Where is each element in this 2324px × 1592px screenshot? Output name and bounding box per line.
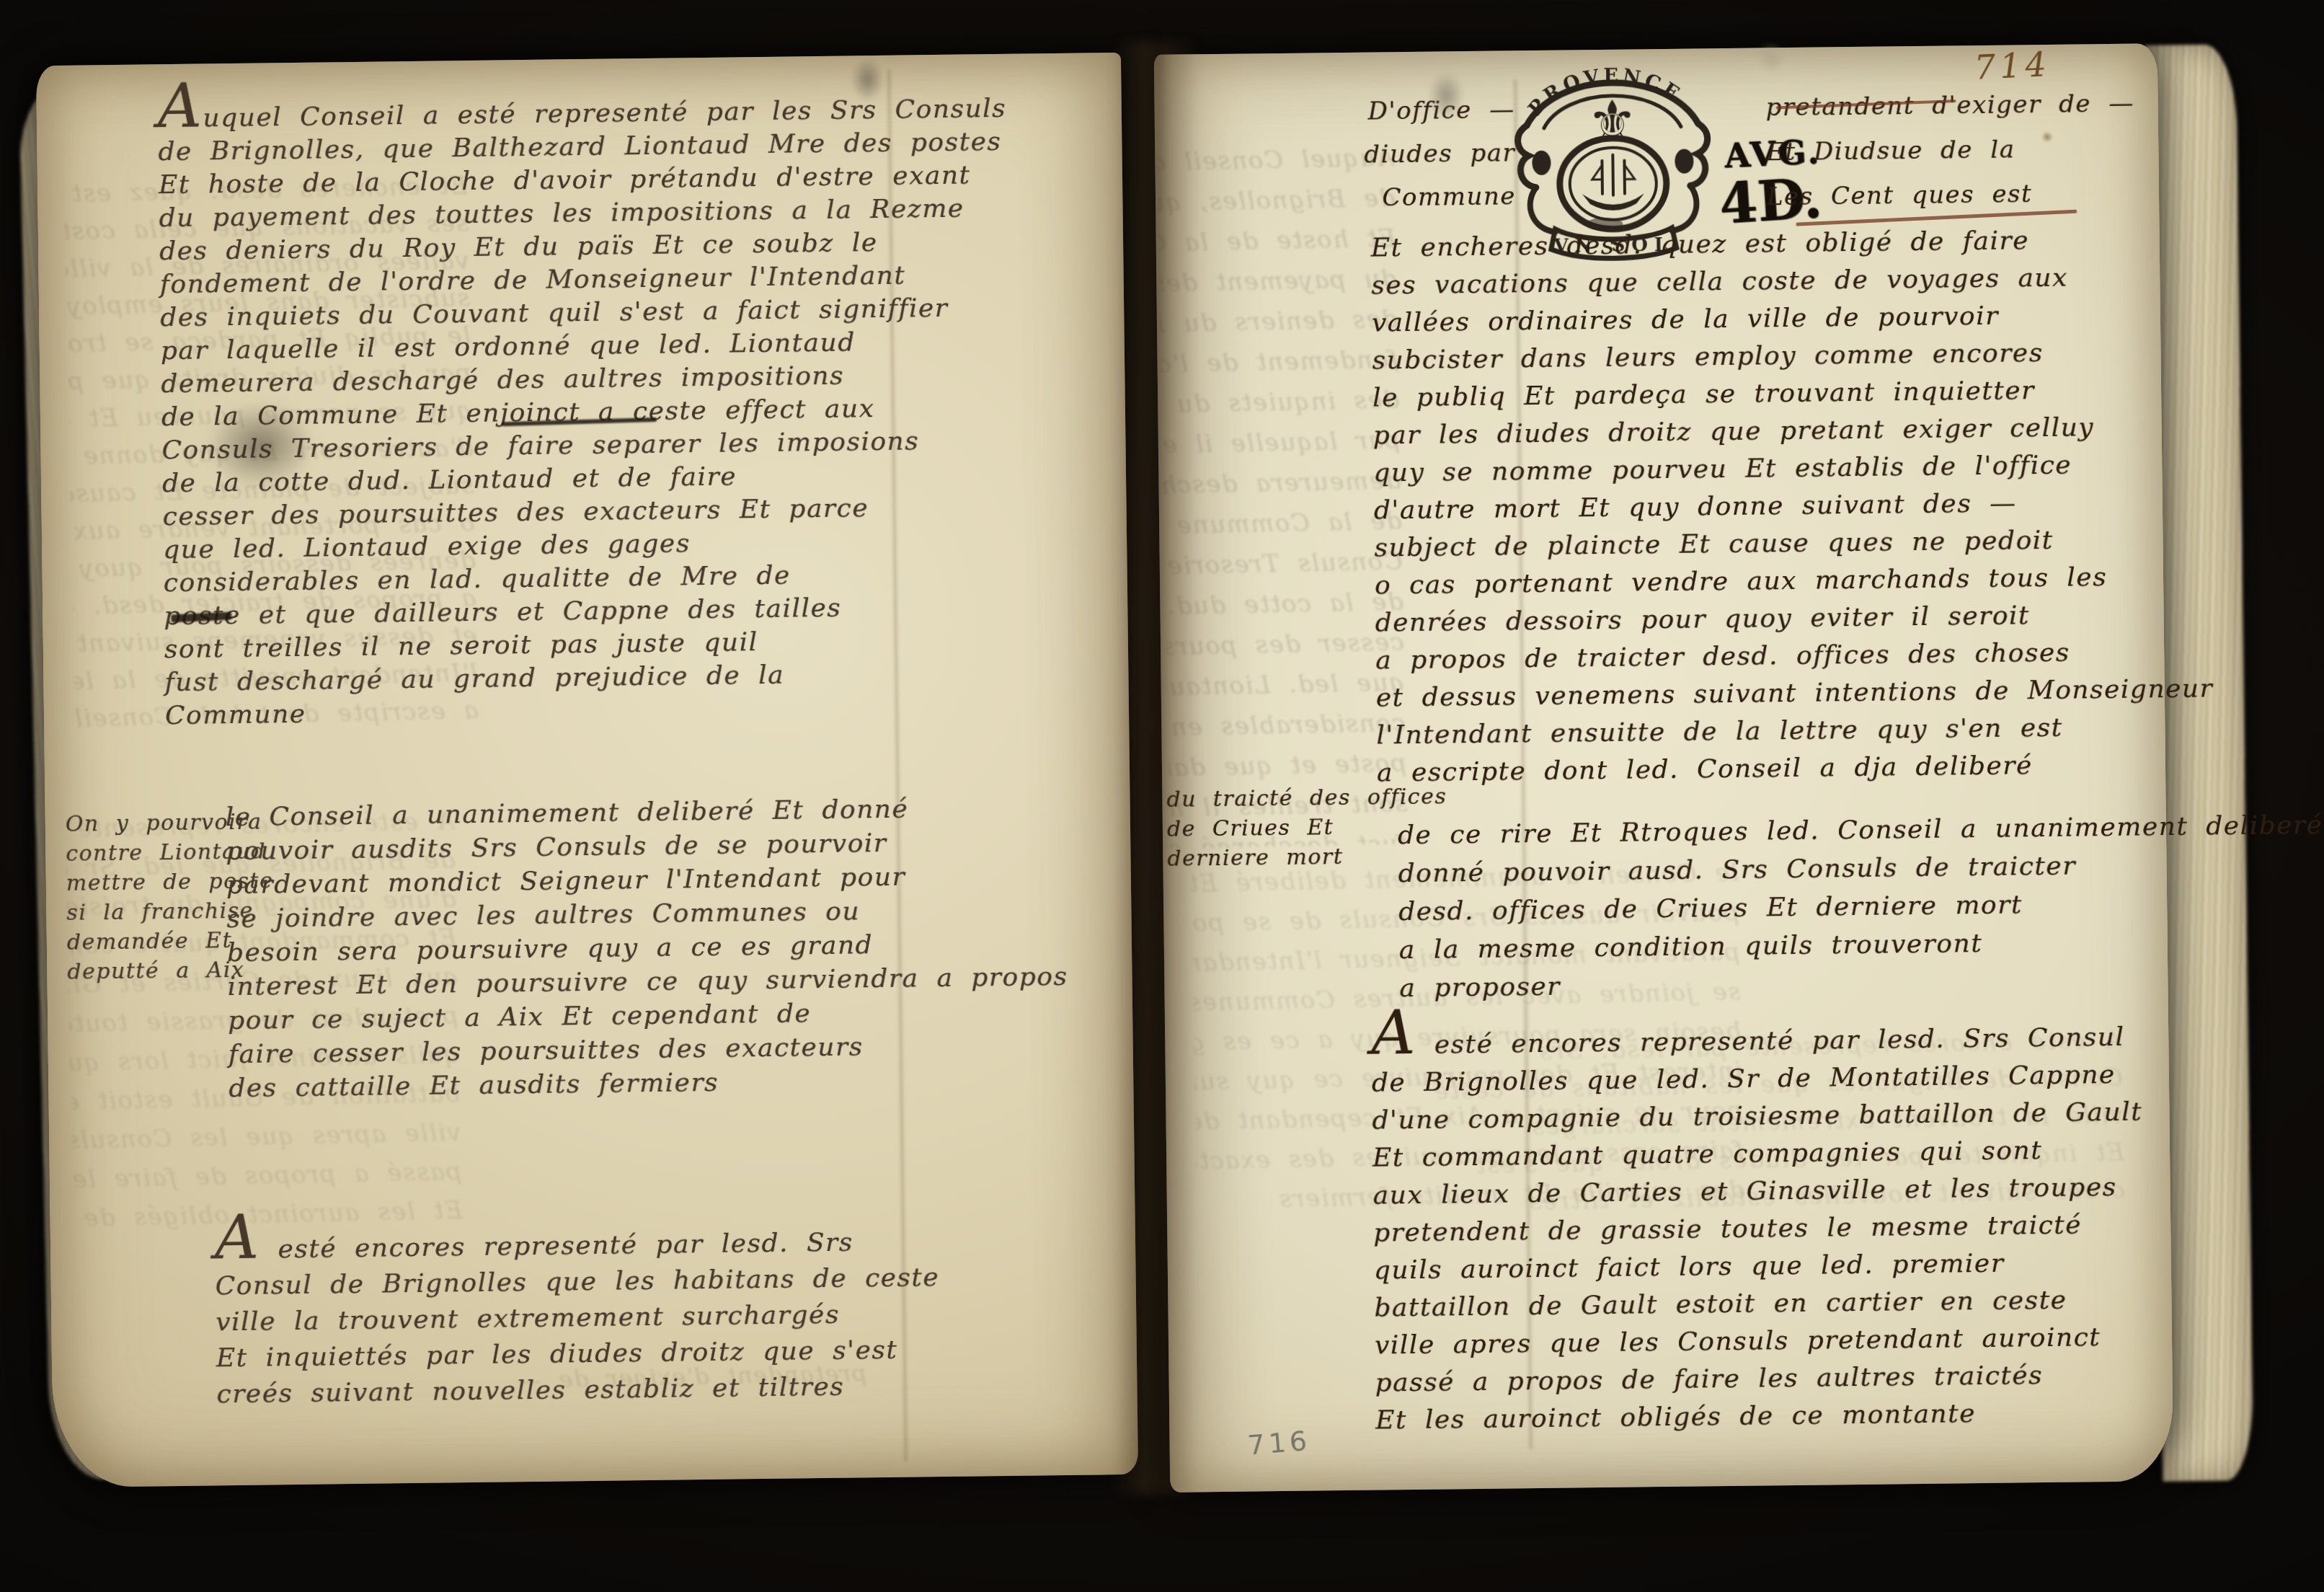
folio-number-pencil: 716 [1246,1425,1312,1461]
paper-blot [1757,43,1786,72]
left-page-paragraph-3: A esté encores representé par lesd. Srs … [214,1206,941,1412]
right-page-paragraph-2: de ce rire Et Rtroques led. Conseil a un… [1398,805,2324,1007]
left-page-paragraph-1: Auquel Conseil a esté representé par les… [157,73,1014,733]
manuscript-book-scan: Et encheres desd. quez est obligé de fai… [0,0,2324,1592]
right-page: Auquel Conseil a esté representé par les… [1154,43,2174,1492]
folio-number-ink: 714 [1974,45,2052,87]
left-page: Et encheres desd. quez est obligé de fai… [36,53,1138,1487]
fleur-de-lis-icon: ⚜ [1587,89,1638,154]
left-page-paragraph-2: le Conseil a unanimement deliberé Et don… [225,790,1069,1105]
right-page-paragraph-3: A esté encores representé par lesd. Srs … [1371,1001,2146,1440]
right-page-paragraph-1: Et encheres desd. quez est obligé de fai… [1371,220,2214,792]
right-page-fragments-left-of-stamp: D'office — diudes par Commune [1334,88,1516,220]
